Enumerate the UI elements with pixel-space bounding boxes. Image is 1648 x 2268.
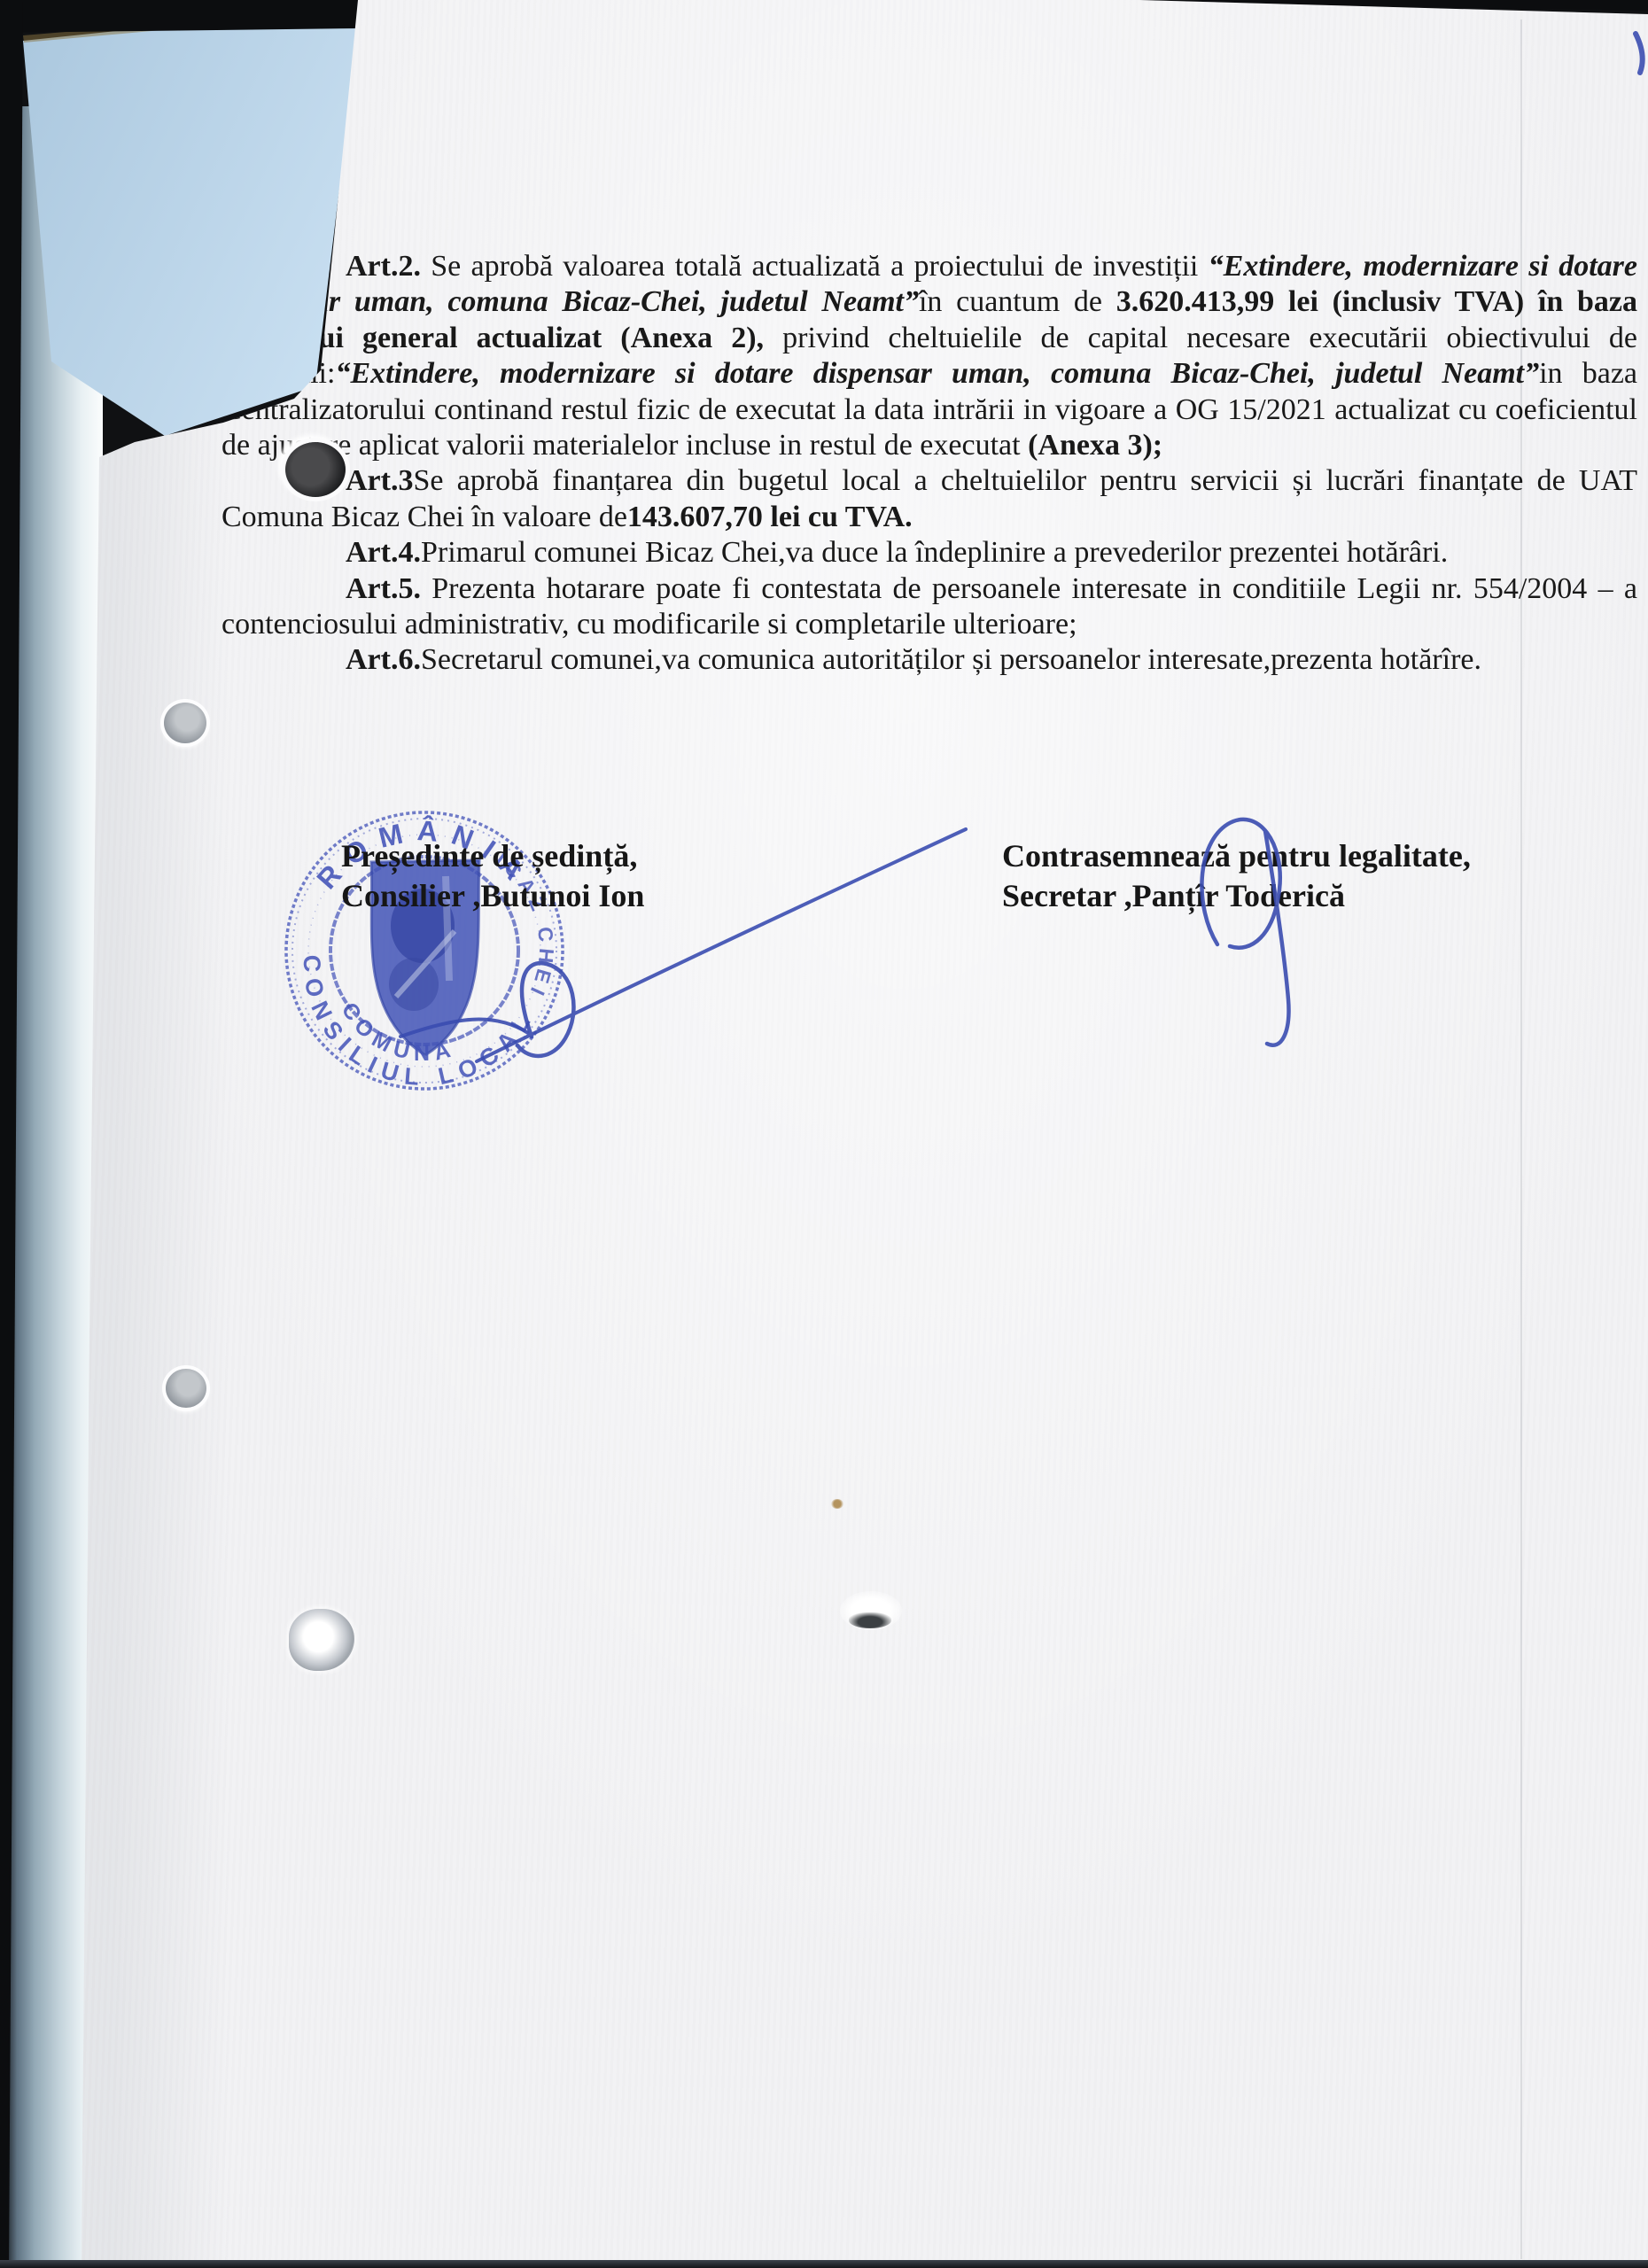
paragraph-art4: Art.4.Primarul comunei Bicaz Chei,va duc… xyxy=(222,535,1637,571)
paper-crumple xyxy=(289,1609,354,1671)
paragraph-art6: Art.6.Secretarul comunei,va comunica aut… xyxy=(222,642,1637,678)
president-title: Președinte de ședință, xyxy=(341,836,644,876)
paper-speck xyxy=(831,1499,843,1509)
scanner-bed-bottom xyxy=(0,2260,1648,2268)
president-name: Consilier ,Butunoi Ion xyxy=(341,876,644,916)
punch-hole-upper xyxy=(164,703,206,743)
ink-smudge xyxy=(849,1612,891,1628)
paragraph-art5: Art.5. Prezenta hotarare poate fi contes… xyxy=(222,571,1637,643)
paragraph-art3: Art.3Se aprobă finanțarea din bugetul lo… xyxy=(222,463,1637,535)
punch-hole-dark xyxy=(285,442,346,497)
secretary-title: Contrasemnează pentru legalitate, xyxy=(1002,836,1471,876)
secretary-signature-block: Contrasemnează pentru legalitate, Secret… xyxy=(1002,836,1471,916)
punch-hole-lower xyxy=(166,1369,206,1408)
secretary-name: Secretar ,Panțîr Toderică xyxy=(1002,876,1471,916)
document-body: Art.2. Se aprobă valoarea totală actuali… xyxy=(222,249,1637,679)
president-signature-block: Președinte de ședință, Consilier ,Butuno… xyxy=(341,836,644,916)
paragraph-art2: Art.2. Se aprobă valoarea totală actuali… xyxy=(222,249,1637,463)
scanned-document: ROMÂNIA CONSILIUL LOCAL COMUNA BICAZ CHE… xyxy=(0,0,1648,2268)
